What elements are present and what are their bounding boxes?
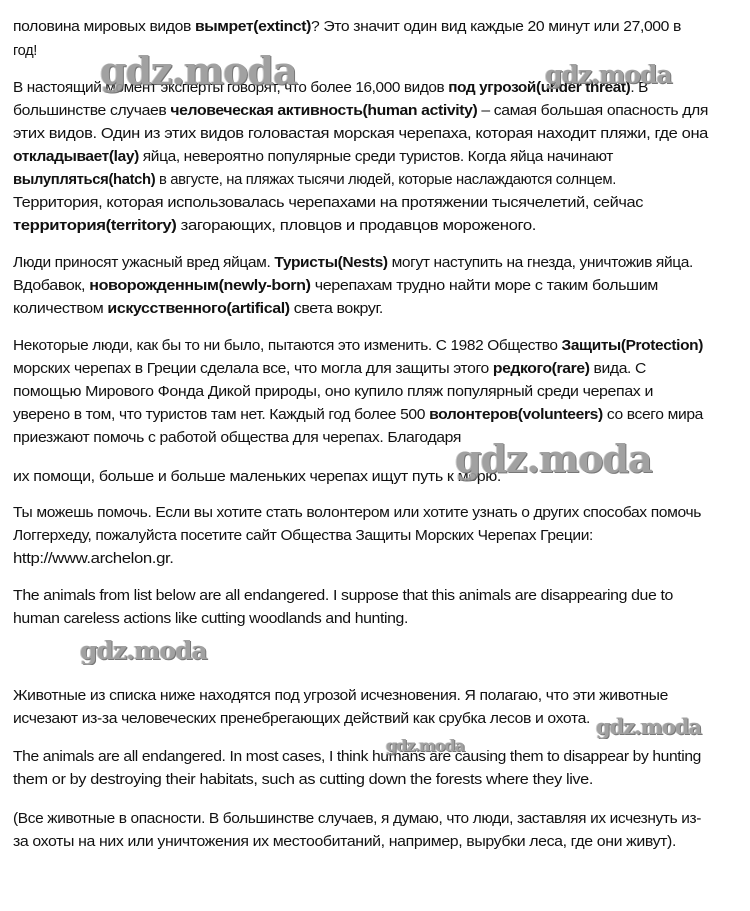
text-span: их помощи, больше и больше маленьких чер… [13,469,501,485]
text-span: Вдобавок, [13,278,89,294]
text-span: черепахам трудно найти море с таким боль… [311,278,658,294]
text-line: Люди приносят ужасный вред яйцам. Турист… [13,253,693,273]
text-line: уверено в том, что туристов там нет. Каж… [13,405,703,425]
highlighted-term: под угрозой(under threat) [448,80,630,96]
text-line: их помощи, больше и больше маленьких чер… [13,467,501,487]
highlighted-term: новорожденным(newly-born) [89,278,310,294]
text-span: могут наступить на гнезда, уничтожив яйц… [388,255,693,271]
text-line: территория(territory) загорающих, пловцо… [13,216,536,236]
text-line: them or by destroying their habitats, su… [13,770,593,790]
highlighted-term: вымрет(extinct) [195,19,311,35]
text-span: со всего мира [603,407,703,423]
text-span: вида. С [590,361,646,377]
text-line: морских черепах в Греции сделала все, чт… [13,359,646,379]
text-span: большинстве случаев [13,103,170,119]
highlighted-term: искусственного(artifical) [107,301,289,317]
text-line: за охоты на них или уничтожения их место… [13,832,676,852]
text-line: откладывает(lay) яйца, невероятно популя… [13,147,613,167]
text-line: Ты можешь помочь. Если вы хотите стать в… [13,503,701,523]
text-span: за охоты на них или уничтожения их место… [13,834,676,850]
text-span: света вокруг. [290,301,383,317]
highlighted-term: Защиты(Protection) [562,338,703,354]
text-span: этих видов. Один из этих видов головаста… [13,126,708,142]
text-span: год! [13,43,37,59]
text-span: them or by destroying their habitats, su… [13,772,593,788]
text-span: помощью Мирового Фонда Дикой природы, он… [13,384,653,400]
text-span: количеством [13,301,107,317]
text-span: яйца, невероятно популярные среди турист… [139,149,613,165]
text-span: Территория, которая использовалась череп… [13,195,643,211]
text-line: Некоторые люди, как бы то ни было, пытаю… [13,336,703,356]
text-line: вылупляться(hatch) в августе, на пляжах … [13,170,616,190]
text-line: human careless actions like cutting wood… [13,609,408,629]
text-line: В настоящий момент эксперты говорят, что… [13,78,648,98]
text-line: год! [13,41,37,61]
highlighted-term: откладывает(lay) [13,149,139,165]
text-line: этих видов. Один из этих видов головаста… [13,124,708,144]
text-span: В настоящий момент эксперты говорят, что… [13,80,448,96]
text-span: загорающих, пловцов и продавцов морожено… [176,218,536,234]
text-line: http://www.archelon.gr. [13,549,174,569]
text-line: половина мировых видов вымрет(extinct)? … [13,17,681,37]
text-span: http://www.archelon.gr. [13,551,174,567]
text-span: уверено в том, что туристов там нет. Каж… [13,407,429,423]
highlighted-term: Туристы(Nests) [274,255,387,271]
text-span: Некоторые люди, как бы то ни было, пытаю… [13,338,562,354]
text-line: исчезают из-за человеческих пренебрегающ… [13,709,590,729]
highlighted-term: территория(territory) [13,218,176,234]
text-span: The animals are all endangered. In most … [13,749,701,765]
text-line: Логгерхеду, пожалуйста посетите сайт Общ… [13,526,593,546]
highlighted-term: редкого(rare) [493,361,590,377]
text-span: в августе, на пляжах тысячи людей, котор… [155,172,616,188]
text-line: (Все животные в опасности. В большинстве… [13,809,701,829]
text-span: Люди приносят ужасный вред яйцам. [13,255,274,271]
text-line: приезжают помочь с работой общества для … [13,428,461,448]
text-line: Вдобавок, новорожденным(newly-born) чере… [13,276,658,296]
text-span: приезжают помочь с работой общества для … [13,430,461,446]
text-span: ? Это значит один вид каждые 20 минут ил… [311,19,681,35]
text-span: Логгерхеду, пожалуйста посетите сайт Общ… [13,528,593,544]
text-span: Ты можешь помочь. Если вы хотите стать в… [13,505,701,521]
text-span: исчезают из-за человеческих пренебрегающ… [13,711,590,727]
text-line: большинстве случаев человеческая активно… [13,101,708,121]
text-span: половина мировых видов [13,19,195,35]
text-span: – самая большая опасность для [477,103,708,119]
text-span: . В [630,80,648,96]
text-line: The animals are all endangered. In most … [13,747,701,767]
text-span: морских черепах в Греции сделала все, чт… [13,361,493,377]
highlighted-term: волонтеров(volunteers) [429,407,603,423]
highlighted-term: человеческая активность(human activity) [170,103,477,119]
text-span: Животные из списка ниже находятся под уг… [13,688,668,704]
text-line: Животные из списка ниже находятся под уг… [13,686,668,706]
text-span: human careless actions like cutting wood… [13,611,408,627]
text-span: The animals from list below are all enda… [13,588,673,604]
text-line: Территория, которая использовалась череп… [13,193,643,213]
document-page: половина мировых видов вымрет(extinct)? … [0,0,750,911]
highlighted-term: вылупляться(hatch) [13,172,155,188]
text-line: The animals from list below are all enda… [13,586,673,606]
text-span: (Все животные в опасности. В большинстве… [13,811,701,827]
text-line: помощью Мирового Фонда Дикой природы, он… [13,382,653,402]
text-line: количеством искусственного(artifical) св… [13,299,383,319]
